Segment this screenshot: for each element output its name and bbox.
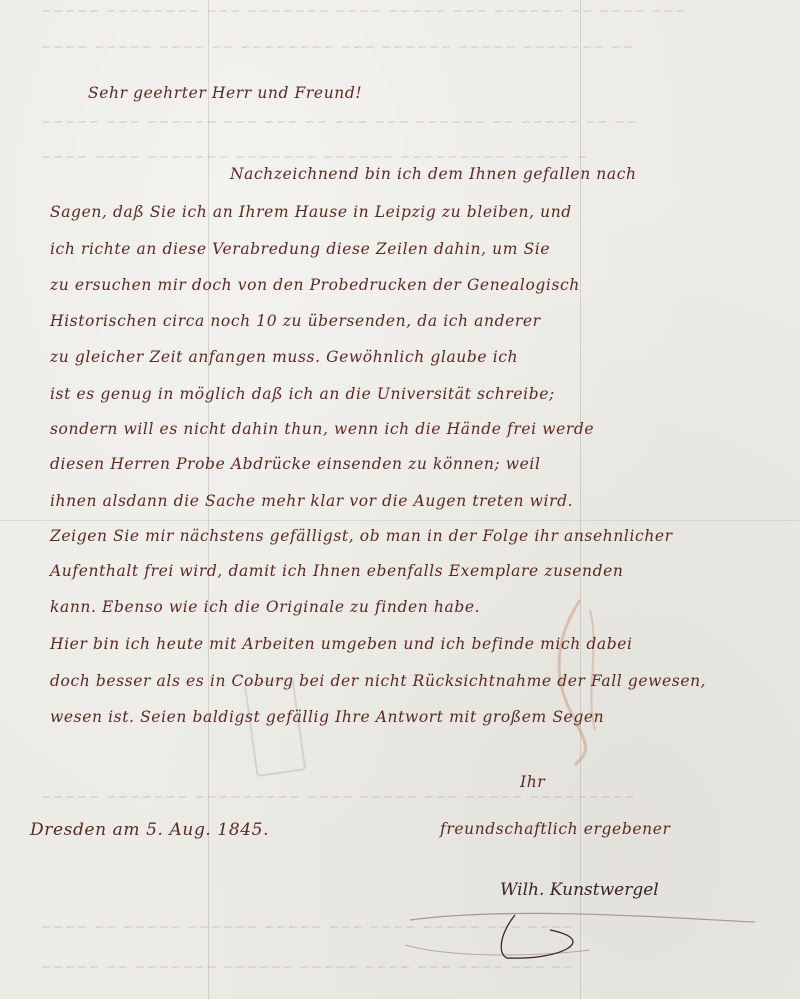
body-line: Aufenthalt frei wird, damit ich Ihnen eb…: [50, 562, 623, 580]
body-line: kann. Ebenso wie ich die Originale zu fi…: [50, 598, 480, 616]
body-line: ihnen alsdann die Sache mehr klar vor di…: [50, 492, 573, 510]
body-line: Zeigen Sie mir nächstens gefälligst, ob …: [50, 527, 673, 545]
signature-flourish-icon: [400, 900, 760, 980]
body-line: Nachzeichnend bin ich dem Ihnen gefallen…: [230, 165, 637, 183]
fold-line-horizontal: [0, 520, 800, 521]
body-line: diesen Herren Probe Abdrücke einsenden z…: [50, 455, 541, 473]
body-line: Historischen circa noch 10 zu übersenden…: [50, 312, 541, 330]
bleed-through-text: ~~ ~~ ~~~~~ ~~ ~~~~~~ ~~~ ~~~ ~~ ~~~ ~~~…: [40, 115, 637, 130]
bleed-through-text: ~~~~~~~~~ ~~~~~ ~~~ ~~~~~ ~~~~ ~~~~~~~~~…: [40, 790, 635, 805]
closing-prefix: Ihr: [520, 773, 545, 791]
bleed-through-text: ~~ ~~~~~~~ ~~~~~ ~~~~~~ ~~~ ~~~~~~~~ ~~ …: [40, 40, 633, 55]
body-line: Hier bin ich heute mit Arbeiten umgeben …: [50, 635, 633, 653]
bleed-through-text: ~ ~~~~~ ~~~~~~~~~ ~~~~~~ ~~~~~~~ ~~~~~~~…: [40, 150, 587, 165]
body-line: ist es genug in möglich daß ich an die U…: [50, 385, 555, 403]
signature: Wilh. Kunstwergel: [500, 880, 659, 900]
body-line: sondern will es nicht dahin thun, wenn i…: [50, 420, 594, 438]
body-line: zu gleicher Zeit anfangen muss. Gewöhnli…: [50, 348, 518, 366]
body-line: zu ersuchen mir doch von den Probedrucke…: [50, 276, 580, 294]
body-line: ich richte an diese Verabredung diese Ze…: [50, 240, 550, 258]
body-line: doch besser als es in Coburg bei der nic…: [50, 672, 706, 690]
body-line: Sagen, daß Sie ich an Ihrem Hause in Lei…: [50, 203, 572, 221]
closing: freundschaftlich ergebener: [440, 820, 670, 838]
body-line: wesen ist. Seien baldigst gefällig Ihre …: [50, 708, 604, 726]
salutation: Sehr geehrter Herr und Freund!: [88, 84, 362, 102]
bleed-through-text: ~~~ ~~~~ ~~ ~~~~~~ ~~~ ~~~~~ ~~~~ ~~~~~~…: [40, 4, 686, 19]
place-date: Dresden am 5. Aug. 1845.: [30, 820, 269, 840]
